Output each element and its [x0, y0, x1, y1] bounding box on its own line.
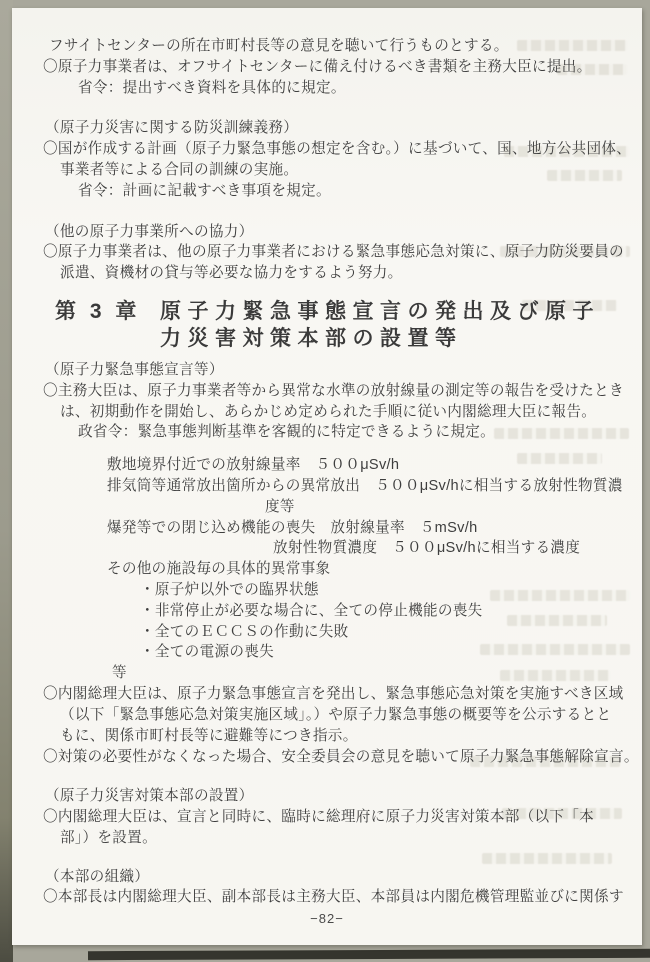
- text-line: （原子力緊急事態宣言等）: [45, 360, 642, 381]
- text-line: 敷地境界付近での放射線量率 ５００μSv/h: [107, 455, 642, 476]
- text-line: ・全てのＥＣＣＳの作動に失敗: [140, 622, 642, 643]
- text-line: 事業者等による合同の訓練の実施。: [60, 160, 642, 181]
- text-line: ・全ての電源の喪失: [140, 642, 642, 663]
- text-line: 〇原子力事業者は、オフサイトセンターに備え付けるべき書類を主務大臣に提出。: [43, 57, 642, 78]
- text-line: 〇内閣総理大臣は、原子力緊急事態宣言を発出し、緊急事態応急対策を実施すべき区域: [43, 684, 642, 705]
- text-line: 政省令：緊急事態判断基準を客観的に特定できるように規定。: [78, 422, 642, 443]
- text-line: もに、関係市町村長等に避難等につき指示。: [60, 726, 642, 747]
- text-line: ・非常停止が必要な場合に、全ての停止機能の喪失: [140, 601, 642, 622]
- page-number: −82−: [12, 911, 642, 926]
- paper-sheet: フサイトセンターの所在市町村長等の意見を聴いて行うものとする。〇原子力事業者は、…: [12, 8, 642, 945]
- text-line: 〇原子力事業者は、他の原子力事業者における緊急事態応急対策に、原子力防災要員の: [43, 242, 642, 263]
- text-line: 派遣、資機材の貸与等必要な協力をするよう努力。: [60, 263, 642, 284]
- text-line: 度等: [265, 497, 642, 518]
- text-line: （本部の組織）: [45, 867, 642, 888]
- text-line: （他の原子力事業所への協力）: [45, 222, 642, 243]
- text-line: 部」）を設置。: [60, 828, 642, 849]
- text-line: ・原子炉以外での臨界状態: [140, 580, 642, 601]
- scanned-document-page: { "doc": { "page_number": "−82−", "chapt…: [0, 0, 650, 962]
- scan-edge-shadow: [88, 949, 650, 960]
- text-line: 省令：提出すべき資料を具体的に規定。: [78, 78, 642, 99]
- text-line: は、初期動作を開始し、あらかじめ定められた手順に従い内閣総理大臣に報告。: [60, 402, 642, 423]
- text-line: 放射性物質濃度 ５００μSv/hに相当する濃度: [273, 538, 642, 559]
- page-content: フサイトセンターの所在市町村長等の意見を聴いて行うものとする。〇原子力事業者は、…: [12, 36, 642, 926]
- chapter-number: 第 3 章: [55, 298, 160, 325]
- text-line: 排気筒等通常放出箇所からの異常放出 ５００μSv/hに相当する放射性物質濃: [107, 476, 642, 497]
- text-line: 等: [112, 663, 642, 684]
- text-line: 〇内閣総理大臣は、宣言と同時に、臨時に総理府に原子力災害対策本部（以下「本: [43, 807, 642, 828]
- text-line: 爆発等での閉じ込め機能の喪失 放射線量率 ５mSv/h: [107, 518, 642, 539]
- text-line: （原子力災害対策本部の設置）: [45, 786, 642, 807]
- text-line: 省令：計画に記載すべき事項を規定。: [78, 181, 642, 202]
- text-line: フサイトセンターの所在市町村長等の意見を聴いて行うものとする。: [49, 36, 642, 57]
- chapter-title-text: 原子力緊急事態宣言の発出及び原子: [160, 300, 600, 323]
- chapter-heading-line: 第 3 章原子力緊急事態宣言の発出及び原子: [55, 298, 642, 325]
- text-line: 〇本部長は内閣総理大臣、副本部長は主務大臣、本部員は内閣危機管理監並びに関係す: [43, 887, 642, 908]
- text-line: 〇主務大臣は、原子力事業者等から異常な水準の放射線量の測定等の報告を受けたとき: [43, 381, 642, 402]
- text-line: 〇国が作成する計画（原子力緊急事態の想定を含む。）に基づいて、国、地方公共団体、: [43, 139, 642, 160]
- text-line: （原子力災害に関する防災訓練義務）: [45, 118, 642, 139]
- text-line: その他の施設毎の具体的異常事象: [107, 559, 642, 580]
- chapter-heading-line: 力災害対策本部の設置等: [160, 325, 642, 352]
- text-line: 〇対策の必要性がなくなった場合、安全委員会の意見を聴いて原子力緊急事態解除宣言。: [43, 747, 642, 768]
- text-line: （以下「緊急事態応急対策実施区域」。）や原子力緊急事態の概要等を公示するとと: [60, 705, 642, 726]
